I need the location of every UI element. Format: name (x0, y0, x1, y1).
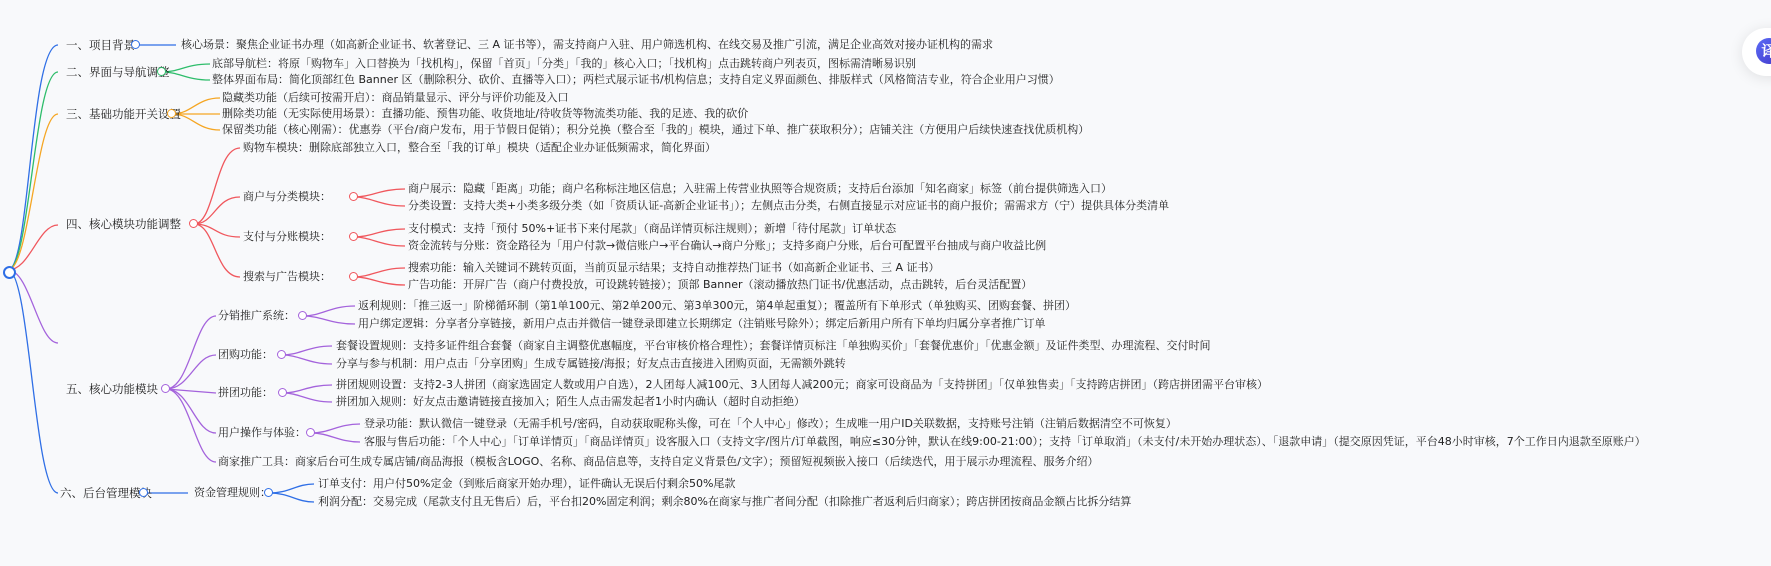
section-5-item-4[interactable]: 用户操作与体验： (218, 426, 306, 440)
section-5-item-2-child-1[interactable]: 套餐设置规则：支持多证件组合套餐（商家自主调整优惠幅度，平台审核价格合理性）；套… (336, 339, 1211, 353)
section-4-item-2-child-1[interactable]: 商户展示：隐藏「距离」功能；商户名称标注地区信息；入驻需上传营业执照等合规资质；… (408, 182, 1112, 196)
collapse-toggle-4-3[interactable] (349, 232, 358, 241)
section-5-item-1-child-2[interactable]: 用户绑定逻辑：分享者分享链接，新用户点击并微信一键登录即建立长期绑定（注销账号除… (358, 317, 1046, 331)
section-3-title[interactable]: 三、基础功能开关设置 (66, 107, 181, 121)
section-2-item-1[interactable]: 底部导航栏：将原「购物车」入口替换为「找机构」，保留「首页」「分类」「我的」核心… (212, 57, 916, 71)
root-node-dot[interactable] (3, 266, 16, 279)
section-5-item-4-child-1[interactable]: 登录功能：默认微信一键登录（无需手机号/密码，自动获取昵称头像，可在「个人中心」… (364, 417, 1177, 431)
section-4-item-4[interactable]: 搜索与广告模块： (243, 270, 331, 284)
section-3-item-3[interactable]: 保留类功能（核心刚需）：优惠券（平台/商户发布，用于节假日促销）；积分兑换（整合… (222, 123, 1089, 137)
section-5-item-4-child-2[interactable]: 客服与售后功能：「个人中心」「订单详情页」「商品详情页」设客服入口（支持文字/图… (364, 435, 1646, 449)
section-5-item-5[interactable]: 商家推广工具：商家后台可生成专属店铺/商品海报（模板含LOGO、名称、商品信息等… (218, 455, 1098, 469)
section-4-title[interactable]: 四、核心模块功能调整 (66, 217, 181, 231)
section-5-item-3-child-2[interactable]: 拼团加入规则：好友点击邀请链接直接加入；陌生人点击需发起者1小时内确认（超时自动… (336, 395, 805, 409)
section-5-item-1[interactable]: 分销推广系统： (218, 309, 295, 323)
section-5-item-3-child-1[interactable]: 拼团规则设置：支持2-3人拼团（商家选固定人数或用户自选），2人团每人减100元… (336, 378, 1268, 392)
collapse-toggle-5-3[interactable] (278, 388, 287, 397)
section-4-item-3[interactable]: 支付与分账模块： (243, 230, 331, 244)
collapse-toggle-5[interactable] (161, 384, 170, 393)
collapse-toggle-5-1[interactable] (298, 311, 307, 320)
collapse-toggle-6-1[interactable] (264, 488, 273, 497)
section-3-item-2[interactable]: 删除类功能（无实际使用场景）：直播功能、预售功能、收货地址/待收货等物流类功能、… (222, 107, 748, 121)
section-4-item-1[interactable]: 购物车模块：删除底部独立入口，整合至「我的订单」模块（适配企业办证低频需求，简化… (243, 141, 716, 155)
section-1-item-1[interactable]: 核心场景：聚焦企业证书办理（如高新企业证书、软著登记、三 A 证书等），需支持商… (181, 38, 993, 52)
collapse-toggle-3[interactable] (167, 109, 176, 118)
translate-icon: 译 (1756, 38, 1771, 64)
collapse-toggle-4-4[interactable] (349, 272, 358, 281)
section-5-item-3[interactable]: 拼团功能： (218, 386, 273, 400)
section-4-item-4-child-1[interactable]: 搜索功能：输入关键词不跳转页面，当前页显示结果；支持自动推荐热门证书（如高新企业… (408, 261, 940, 275)
section-4-item-2-child-2[interactable]: 分类设置：支持大类+小类多级分类（如「资质认证-高新企业证书」）；左侧点击分类，… (408, 199, 1169, 213)
collapse-toggle-6[interactable] (139, 488, 148, 497)
section-3-item-1[interactable]: 隐藏类功能（后续可按需开启）：商品销量显示、评分与评价功能及入口 (222, 91, 569, 105)
section-6-item-1-child-2[interactable]: 利润分配：交易完成（尾款支付且无售后）后，平台扣20%固定利润；剩余80%在商家… (318, 495, 1131, 509)
section-4-item-3-child-2[interactable]: 资金流转与分账：资金路径为「用户付款→微信账户→平台确认→商户分账」；支持多商户… (408, 239, 1046, 253)
section-2-item-2[interactable]: 整体界面布局：简化顶部红色 Banner 区（删除积分、砍价、直播等入口）；两栏… (212, 73, 1060, 87)
section-6-item-1-child-1[interactable]: 订单支付：用户付50%定金（到账后商家开始办理），证件确认无误后付剩余50%尾款 (318, 477, 735, 491)
section-5-item-2[interactable]: 团购功能： (218, 348, 273, 362)
collapse-toggle-4-2[interactable] (349, 192, 358, 201)
collapse-toggle-2[interactable] (157, 67, 166, 76)
collapse-toggle-4[interactable] (189, 219, 198, 228)
section-2-title[interactable]: 二、界面与导航调整 (66, 65, 170, 79)
section-5-title[interactable]: 五、核心功能模块 (66, 382, 158, 396)
collapse-toggle-5-2[interactable] (277, 350, 286, 359)
section-5-item-1-child-1[interactable]: 返利规则：「推三返一」阶梯循环制（第1单100元、第2单200元、第3单300元… (358, 299, 1076, 313)
collapse-toggle-5-4[interactable] (306, 428, 315, 437)
section-1-title[interactable]: 一、项目背景 (66, 38, 135, 52)
section-6-item-1[interactable]: 资金管理规则： (194, 486, 271, 500)
section-4-item-3-child-1[interactable]: 支付模式：支持「预付 50%+证书下来付尾款」（商品详情页标注规则）；新增「待付… (408, 222, 896, 236)
section-4-item-2[interactable]: 商户与分类模块： (243, 190, 331, 204)
section-4-item-4-child-2[interactable]: 广告功能：开屏广告（商户付费投放，可设跳转链接）；顶部 Banner（滚动播放热… (408, 278, 1032, 292)
collapse-toggle-1[interactable] (131, 40, 140, 49)
mind-map-canvas: 一、项目背景 核心场景：聚焦企业证书办理（如高新企业证书、软著登记、三 A 证书… (0, 0, 1771, 566)
section-5-item-2-child-2[interactable]: 分享与参与机制：用户点击「分享团购」生成专属链接/海报；好友点击直接进入团购页面… (336, 357, 846, 371)
